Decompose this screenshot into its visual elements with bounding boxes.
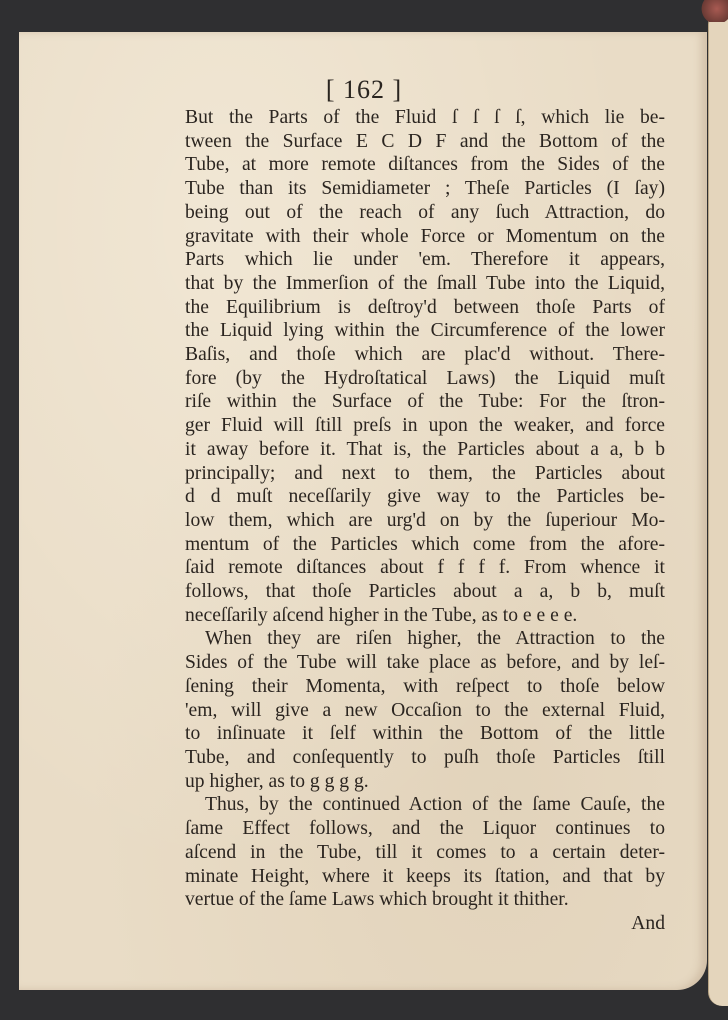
text-line: ſaid remote diſtances about f f f f. Fro…: [185, 556, 665, 580]
text-line: 'em, will give a new Occaſion to the ext…: [185, 699, 665, 723]
binding-corner: [700, 0, 728, 22]
text-line: it away before it. That is, the Particle…: [185, 438, 665, 462]
text-line: ſame Effect follows, and the Liquor cont…: [185, 817, 665, 841]
text-line: d d muſt neceſſarily give way to the Par…: [185, 485, 665, 509]
text-line: Tube, and conſequently to puſh thoſe Par…: [185, 746, 665, 770]
body-text: But the Parts of the Fluid ſ ſ ſ ſ, whic…: [185, 106, 665, 936]
text-line: tween the Surface E C D F and the Bottom…: [185, 130, 665, 154]
text-line: When they are riſen higher, the Attracti…: [185, 627, 665, 651]
text-line: being out of the reach of any ſuch Attra…: [185, 201, 665, 225]
text-line: aſcend in the Tube, till it comes to a c…: [185, 841, 665, 865]
text-line: riſe within the Surface of the Tube: For…: [185, 390, 665, 414]
page-number: [ 162 ]: [0, 75, 728, 105]
text-line: follows, that thoſe Particles about a a,…: [185, 580, 665, 604]
text-line: that by the Immerſion of the ſmall Tube …: [185, 272, 665, 296]
text-line: low them, which are urg'd on by the ſupe…: [185, 509, 665, 533]
text-line: the Liquid lying within the Circumferenc…: [185, 319, 665, 343]
text-line: mentum of the Particles which come from …: [185, 533, 665, 557]
catchword: And: [185, 912, 665, 936]
text-line: Baſis, and thoſe which are plac'd withou…: [185, 343, 665, 367]
text-line: Thus, by the continued Action of the ſam…: [185, 793, 665, 817]
text-line: neceſſarily aſcend higher in the Tube, a…: [185, 604, 665, 628]
text-line: the Equilibrium is deſtroy'd between tho…: [185, 296, 665, 320]
text-line: to inſinuate it ſelf within the Bottom o…: [185, 722, 665, 746]
text-line: ſening their Momenta, with reſpect to th…: [185, 675, 665, 699]
text-line: Tube than its Semidiameter ; Theſe Parti…: [185, 177, 665, 201]
text-line: gravitate with their whole Force or Mome…: [185, 225, 665, 249]
text-line: principally; and next to them, the Parti…: [185, 462, 665, 486]
facing-page-edge: [708, 6, 728, 1006]
text-line: vertue of the ſame Laws which brought it…: [185, 888, 665, 912]
text-line: fore (by the Hydroſtatical Laws) the Liq…: [185, 367, 665, 391]
text-line: Tube, at more remote diſtances from the …: [185, 153, 665, 177]
text-line: minate Height, where it keeps its ſtatio…: [185, 865, 665, 889]
text-line: Sides of the Tube will take place as bef…: [185, 651, 665, 675]
text-line: ger Fluid will ſtill preſs in upon the w…: [185, 414, 665, 438]
text-line: But the Parts of the Fluid ſ ſ ſ ſ, whic…: [185, 106, 665, 130]
text-line: up higher, as to g g g g.: [185, 770, 665, 794]
text-line: Parts which lie under 'em. Therefore it …: [185, 248, 665, 272]
